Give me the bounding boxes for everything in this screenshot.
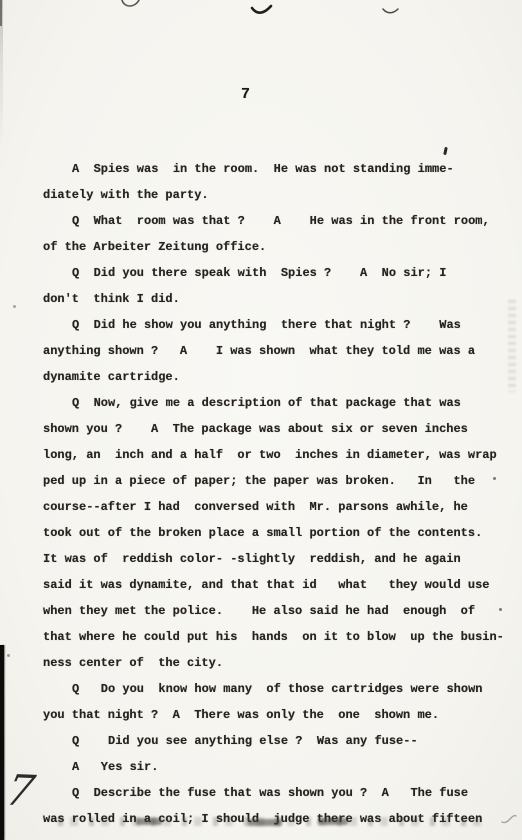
ghost-text-smudge	[136, 818, 162, 825]
transcript-line: ness center of the city.	[43, 650, 513, 676]
transcript-line: you that night ? A There was only the on…	[43, 702, 513, 728]
transcript-text: A Spies was in the room. He was not stan…	[43, 156, 513, 832]
transcript-line: course--after I had conversed with Mr. p…	[43, 494, 513, 520]
stray-ink-dot	[7, 654, 10, 657]
pen-stroke-mark	[250, 2, 274, 18]
transcript-line: when they met the police. He also said h…	[43, 598, 513, 624]
transcript-line: A Spies was in the room. He was not stan…	[43, 156, 513, 182]
transcript-line: Q Describe the fuse that was shown you ?…	[43, 780, 513, 806]
stray-ink-dot	[499, 608, 502, 611]
transcript-line: Q Now, give me a description of that pac…	[43, 390, 513, 416]
transcript-line: said it was dynamite, and that that id w…	[43, 572, 513, 598]
transcript-line: dynamite cartridge.	[43, 364, 513, 390]
stray-ink-dot	[493, 477, 496, 480]
handwritten-page-number: 7	[3, 770, 38, 813]
scan-page: 7 A Spies was in the room. He was not st…	[0, 0, 522, 840]
pen-stroke-mark	[381, 5, 401, 19]
transcript-line: ped up in a piece of paper; the paper wa…	[43, 468, 513, 494]
stray-ink-mark	[443, 147, 448, 155]
pen-stroke-mark	[120, 0, 142, 13]
bleed-through-smudge	[508, 300, 516, 392]
ghost-text-smudge	[318, 818, 348, 825]
transcript-line: Q Did you see anything else ? Was any fu…	[43, 728, 513, 754]
ghost-text-smudge	[248, 819, 282, 826]
pen-stroke-mark	[500, 812, 518, 826]
transcript-line: took out of the broken place a small por…	[43, 520, 513, 546]
transcript-line: Q Did he show you anything there that ni…	[43, 312, 513, 338]
transcript-line: that where he could put his hands on it …	[43, 624, 513, 650]
transcript-line: don't think I did.	[43, 286, 513, 312]
transcript-line: A Yes sir.	[43, 754, 513, 780]
transcript-line: Q Do you know how many of those cartridg…	[43, 676, 513, 702]
transcript-line: Q What room was that ? A He was in the f…	[43, 208, 513, 234]
scan-edge-shadow	[0, 0, 2, 26]
page-number: 7	[241, 86, 250, 103]
transcript-line: of the Arbeiter Zeitung office.	[43, 234, 513, 260]
transcript-line: Q Did you there speak with Spies ? A No …	[43, 260, 513, 286]
transcript-line: long, an inch and a half or two inches i…	[43, 442, 513, 468]
transcript-line: anything shown ? A I was shown what they…	[43, 338, 513, 364]
stray-ink-dot	[13, 305, 16, 308]
transcript-line: It was of reddish color- -slightly reddi…	[43, 546, 513, 572]
transcript-line: shown you ? A The package was about six …	[43, 416, 513, 442]
transcript-line: diately with the party.	[43, 182, 513, 208]
binding-edge-shadow	[0, 645, 4, 840]
